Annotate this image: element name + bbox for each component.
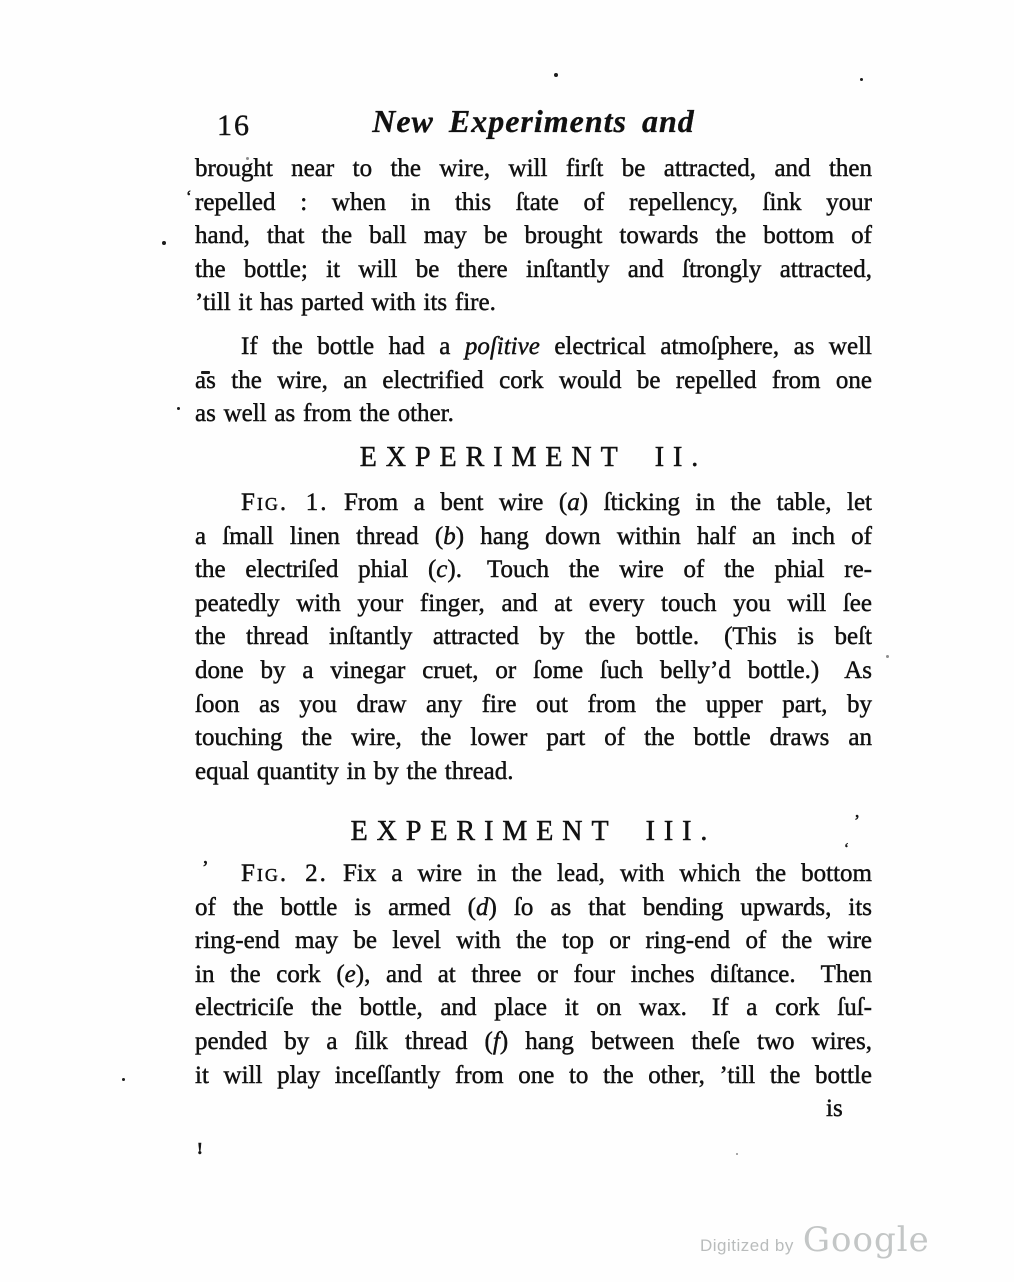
ink-speck — [886, 655, 889, 658]
text-line: touching the wire, the lower part of the… — [195, 721, 872, 755]
text-line: done by a vinegar cruet, or ſome ſuch be… — [195, 654, 872, 688]
catchword: is — [826, 1092, 843, 1126]
text-line: pended by a ſilk thread (f) hang between… — [195, 1025, 872, 1059]
text-line: a ſmall linen thread (b) hang down withi… — [195, 520, 872, 554]
text-line: hand, that the ball may be brought towar… — [195, 219, 872, 253]
text-line: equal quantity in by the thread. — [195, 755, 872, 789]
text-line: Fig. 2. Fix a wire in the lead, with whi… — [195, 857, 872, 891]
text-line: the electriſed phial (c). Touch the wire… — [195, 553, 872, 587]
digitized-by-text: Digitized by — [700, 1236, 794, 1256]
ink-speck — [736, 1153, 738, 1155]
text-line-rest: From a bent wire (a) ſticking in the tab… — [328, 489, 872, 516]
book-page-scan: 16 New Experiments and brought near to t… — [0, 0, 1014, 1282]
text-line: as well as from the other. — [195, 397, 872, 431]
text-line: of the bottle is armed (d) ſo as that be… — [195, 891, 872, 925]
figure-1-label: Fig. 1. — [241, 489, 328, 516]
ink-speck — [177, 407, 180, 410]
paragraph-4: Fig. 2. Fix a wire in the lead, with whi… — [195, 857, 872, 1092]
text-line: ſoon as you draw any fire out from the u… — [195, 688, 872, 722]
text-line: the thread inſtantly attracted by the bo… — [195, 620, 872, 654]
text-line: in the cork (e), and at three or four in… — [195, 958, 872, 992]
stray-dash-mark — [201, 371, 210, 374]
text-line: Fig. 1. From a bent wire (a) ſticking in… — [195, 486, 872, 520]
paragraph-3: Fig. 1. From a bent wire (a) ſticking in… — [195, 486, 872, 788]
paragraph-1: brought near to the wire, will firſt be … — [195, 152, 872, 320]
text-line: ring-end may be level with the top or ri… — [195, 924, 872, 958]
text-line: electriciſe the bottle, and place it on … — [195, 991, 872, 1025]
digitization-watermark: Digitized by Google — [700, 1220, 930, 1260]
text-line: ’till it has parted with its fire. — [195, 286, 872, 320]
running-title: New Experiments and — [195, 103, 872, 140]
ink-speck — [162, 241, 166, 245]
stray-comma-mark: ’ — [854, 812, 860, 830]
paragraph-2: If the bottle had a poſitive electrical … — [195, 330, 872, 431]
experiment-2-heading: EXPERIMENT II. — [195, 442, 872, 474]
stray-quote-mark: ‘ — [186, 188, 192, 205]
google-logo: Google — [803, 1220, 930, 1260]
figure-2-label: Fig. 2. — [241, 860, 328, 887]
stray-exclamation-mark: ! — [197, 1140, 203, 1157]
experiment-3-heading: EXPERIMENT III. — [195, 816, 872, 848]
text-line: it will play inceſſantly from one to the… — [195, 1059, 872, 1093]
stray-quote-mark: ’ — [202, 858, 209, 878]
text-line: If the bottle had a poſitive electrical … — [195, 330, 872, 364]
ink-speck — [860, 78, 863, 81]
ink-speck — [246, 157, 249, 160]
stray-comma-mark: ‘ — [844, 842, 849, 857]
ink-speck — [122, 1078, 125, 1081]
page-number: 16 — [217, 109, 251, 143]
text-line: as the wire, an electrified cork would b… — [195, 364, 872, 398]
ink-speck — [554, 73, 558, 77]
text-line: repelled : when in this ſtate of repelle… — [195, 186, 872, 220]
text-line-rest: Fix a wire in the lead, with which the b… — [328, 860, 872, 887]
page-header: 16 New Experiments and — [195, 103, 872, 147]
text-line: peatedly with your finger, and at every … — [195, 587, 872, 621]
text-line: the bottle; it will be there inſtantly a… — [195, 253, 872, 287]
text-line: brought near to the wire, will firſt be … — [195, 152, 872, 186]
